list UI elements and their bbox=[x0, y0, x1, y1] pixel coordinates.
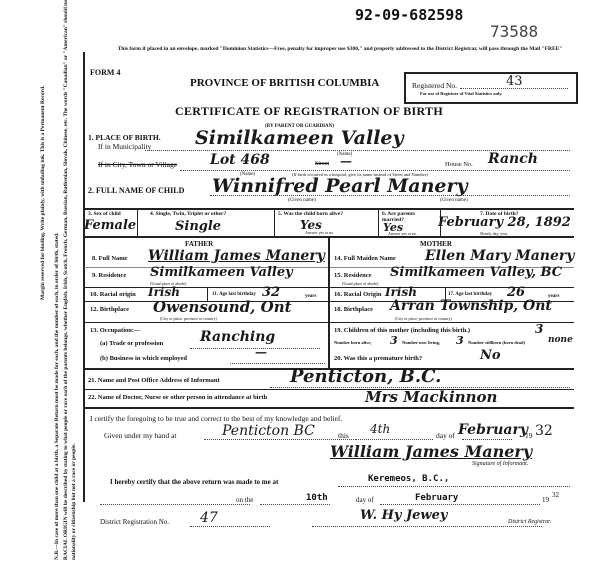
sex-label: 3. Sex of child bbox=[88, 211, 121, 217]
born-alive-count-value: 3 bbox=[390, 334, 398, 347]
registrar-place: Keremeos, B.C., bbox=[368, 474, 449, 484]
father-birthplace-value: Owensound, Ont bbox=[153, 298, 292, 316]
mother-name-label: 14. Full Maiden Name bbox=[334, 255, 396, 262]
mother-racial-label: 16. Racial Origin bbox=[334, 291, 381, 298]
city-label: If in City, Town or Village bbox=[98, 160, 177, 169]
informant-signature: William James Manery bbox=[330, 442, 532, 461]
plurality-label: 4. Single, Twin, Triplet or other? bbox=[150, 211, 226, 217]
father-name-value: William James Manery bbox=[148, 248, 325, 264]
registrar-signature-caption: District Registrar. bbox=[508, 519, 551, 525]
given-name-caption: (Given name) bbox=[288, 198, 316, 204]
margin-note-2: N.B.—In case of more than one child at a… bbox=[54, 40, 61, 560]
stillborn-label: Number stillborn (born dead) bbox=[468, 340, 525, 346]
given-day-of-label: day of bbox=[436, 431, 455, 440]
this-label: this bbox=[338, 431, 349, 440]
premature-value: No bbox=[480, 348, 501, 363]
given-label: Given under my hand at bbox=[104, 431, 176, 440]
father-birthplace-label: 12. Birthplace bbox=[90, 306, 129, 313]
given-place: Penticton BC bbox=[222, 423, 315, 439]
attendant-label: 22. Name of Doctor, Nurse or other perso… bbox=[88, 394, 267, 401]
place-of-birth-label: 1. PLACE OF BIRTH. bbox=[88, 133, 161, 142]
certify-statement: I certify the foregoing to be true and c… bbox=[90, 414, 342, 423]
mother-name-value: Ellen Mary Manery bbox=[425, 248, 574, 264]
stillborn-value: none bbox=[548, 335, 573, 345]
children-label: 19. Children of this mother (including t… bbox=[334, 327, 470, 334]
occupation-label: 13. Occupation:— bbox=[90, 327, 141, 334]
registrar-year: 32 bbox=[552, 491, 559, 499]
father-heading: FATHER bbox=[185, 240, 213, 248]
father-residence-label: 9. Residence bbox=[92, 272, 126, 279]
registered-no-value: 43 bbox=[506, 74, 523, 89]
mother-birthplace-label: 18. Birthplace bbox=[334, 306, 373, 313]
attendant-value: Mrs Mackinnon bbox=[365, 388, 497, 406]
municipality-label: If in Municipality bbox=[98, 142, 151, 151]
given-year-prefix: 19 bbox=[525, 431, 533, 440]
father-residence-value: Similkameen Valley bbox=[150, 265, 293, 280]
business-value: — bbox=[255, 345, 267, 359]
form-label: FORM 4 bbox=[90, 68, 120, 77]
registered-no-box: Registered No. 43 For use of Registrar o… bbox=[404, 72, 578, 104]
certificate-title: CERTIFICATE OF REGISTRATION OF BIRTH bbox=[175, 104, 443, 119]
informant-signature-caption: Signature of Informant. bbox=[472, 461, 528, 467]
registrar-day-of-label: day of bbox=[356, 496, 374, 504]
business-label: (b) Business in which employed bbox=[100, 355, 187, 362]
registrar-month: February bbox=[415, 493, 458, 503]
child-name-value: Winnifred Pearl Manery bbox=[212, 175, 468, 197]
father-racial-value: Irish bbox=[148, 285, 180, 299]
street-label: Street bbox=[315, 161, 329, 167]
file-number: 92-09-682598 bbox=[355, 6, 463, 24]
trade-label: (a) Trade or profession bbox=[100, 340, 163, 347]
registrar-year-prefix: 19 bbox=[542, 496, 549, 504]
mother-racial-value: Irish bbox=[385, 285, 417, 299]
father-racial-label: 10. Racial origin bbox=[90, 291, 136, 298]
mother-heading: MOTHER bbox=[420, 240, 452, 248]
registered-no-label: Registered No. bbox=[412, 81, 457, 90]
margin-note-4: nationality or citizenship but not a rac… bbox=[71, 443, 78, 560]
district-no-value: 47 bbox=[200, 510, 218, 526]
premature-label: 20. Was this a premature birth? bbox=[334, 355, 422, 362]
mother-residence-label: 15. Residence bbox=[334, 272, 372, 279]
district-no-label: District Registration No. bbox=[100, 518, 169, 526]
born-alive-label: 5. Was the child born alive? bbox=[278, 211, 343, 217]
informant-value: Penticton, B.C. bbox=[290, 366, 441, 387]
sex-value: Female bbox=[84, 218, 136, 233]
mother-age-label: 17. Age last birthday bbox=[448, 292, 492, 297]
father-name-label: 8. Full Name bbox=[92, 255, 128, 262]
informant-label: 21. Name and Post Office Address of Info… bbox=[88, 377, 220, 384]
registrar-signature: W. Hy Jewey bbox=[360, 508, 447, 523]
registrar-day: 10th bbox=[306, 493, 328, 503]
born-alive-count-label: Number born alive, bbox=[334, 340, 372, 346]
form-left-border bbox=[83, 52, 85, 502]
mail-notice: This form if placed in an envelope, mark… bbox=[90, 46, 590, 53]
mother-residence-value: Similkameen Valley, BC bbox=[390, 265, 562, 280]
plurality-value: Single bbox=[175, 219, 221, 234]
city-value: Lot 468 bbox=[210, 152, 270, 168]
mother-birthplace-value: Arran Township, Ont bbox=[390, 298, 552, 314]
house-no-label: House No. bbox=[445, 161, 473, 168]
street-value: — bbox=[340, 154, 352, 168]
given-day: 4th bbox=[370, 422, 390, 436]
father-age-unit: years bbox=[305, 294, 316, 300]
dob-value: February 28, 1892 bbox=[438, 215, 571, 230]
stamp-number: 73588 bbox=[490, 22, 538, 41]
trade-value: Ranching bbox=[200, 329, 275, 345]
children-value: 3 bbox=[535, 322, 543, 336]
now-living-label: Number now living, bbox=[402, 340, 440, 346]
given-month: February bbox=[458, 422, 528, 438]
margin-note-3: RACIAL ORIGIN will be described by stati… bbox=[63, 0, 70, 560]
on-the-label: on the bbox=[236, 496, 253, 504]
now-living-value: 3 bbox=[456, 334, 464, 347]
registrar-statement: I hereby certify that the above return w… bbox=[110, 478, 278, 486]
margin-note-1: Margin reserved for binding. Write plain… bbox=[40, 86, 47, 300]
surname-caption: (Given name) bbox=[440, 198, 468, 204]
house-no-value: Ranch bbox=[488, 151, 538, 167]
father-age-label: 11. Age last birthday bbox=[212, 292, 256, 297]
province-heading: PROVINCE OF BRITISH COLUMBIA bbox=[190, 77, 379, 89]
municipality-value: Similkameen Valley bbox=[195, 127, 404, 149]
registered-no-note: For use of Registrar of Vital Statistics… bbox=[420, 91, 502, 96]
given-year: 32 bbox=[535, 423, 553, 439]
child-name-label: 2. FULL NAME OF CHILD bbox=[88, 186, 184, 195]
